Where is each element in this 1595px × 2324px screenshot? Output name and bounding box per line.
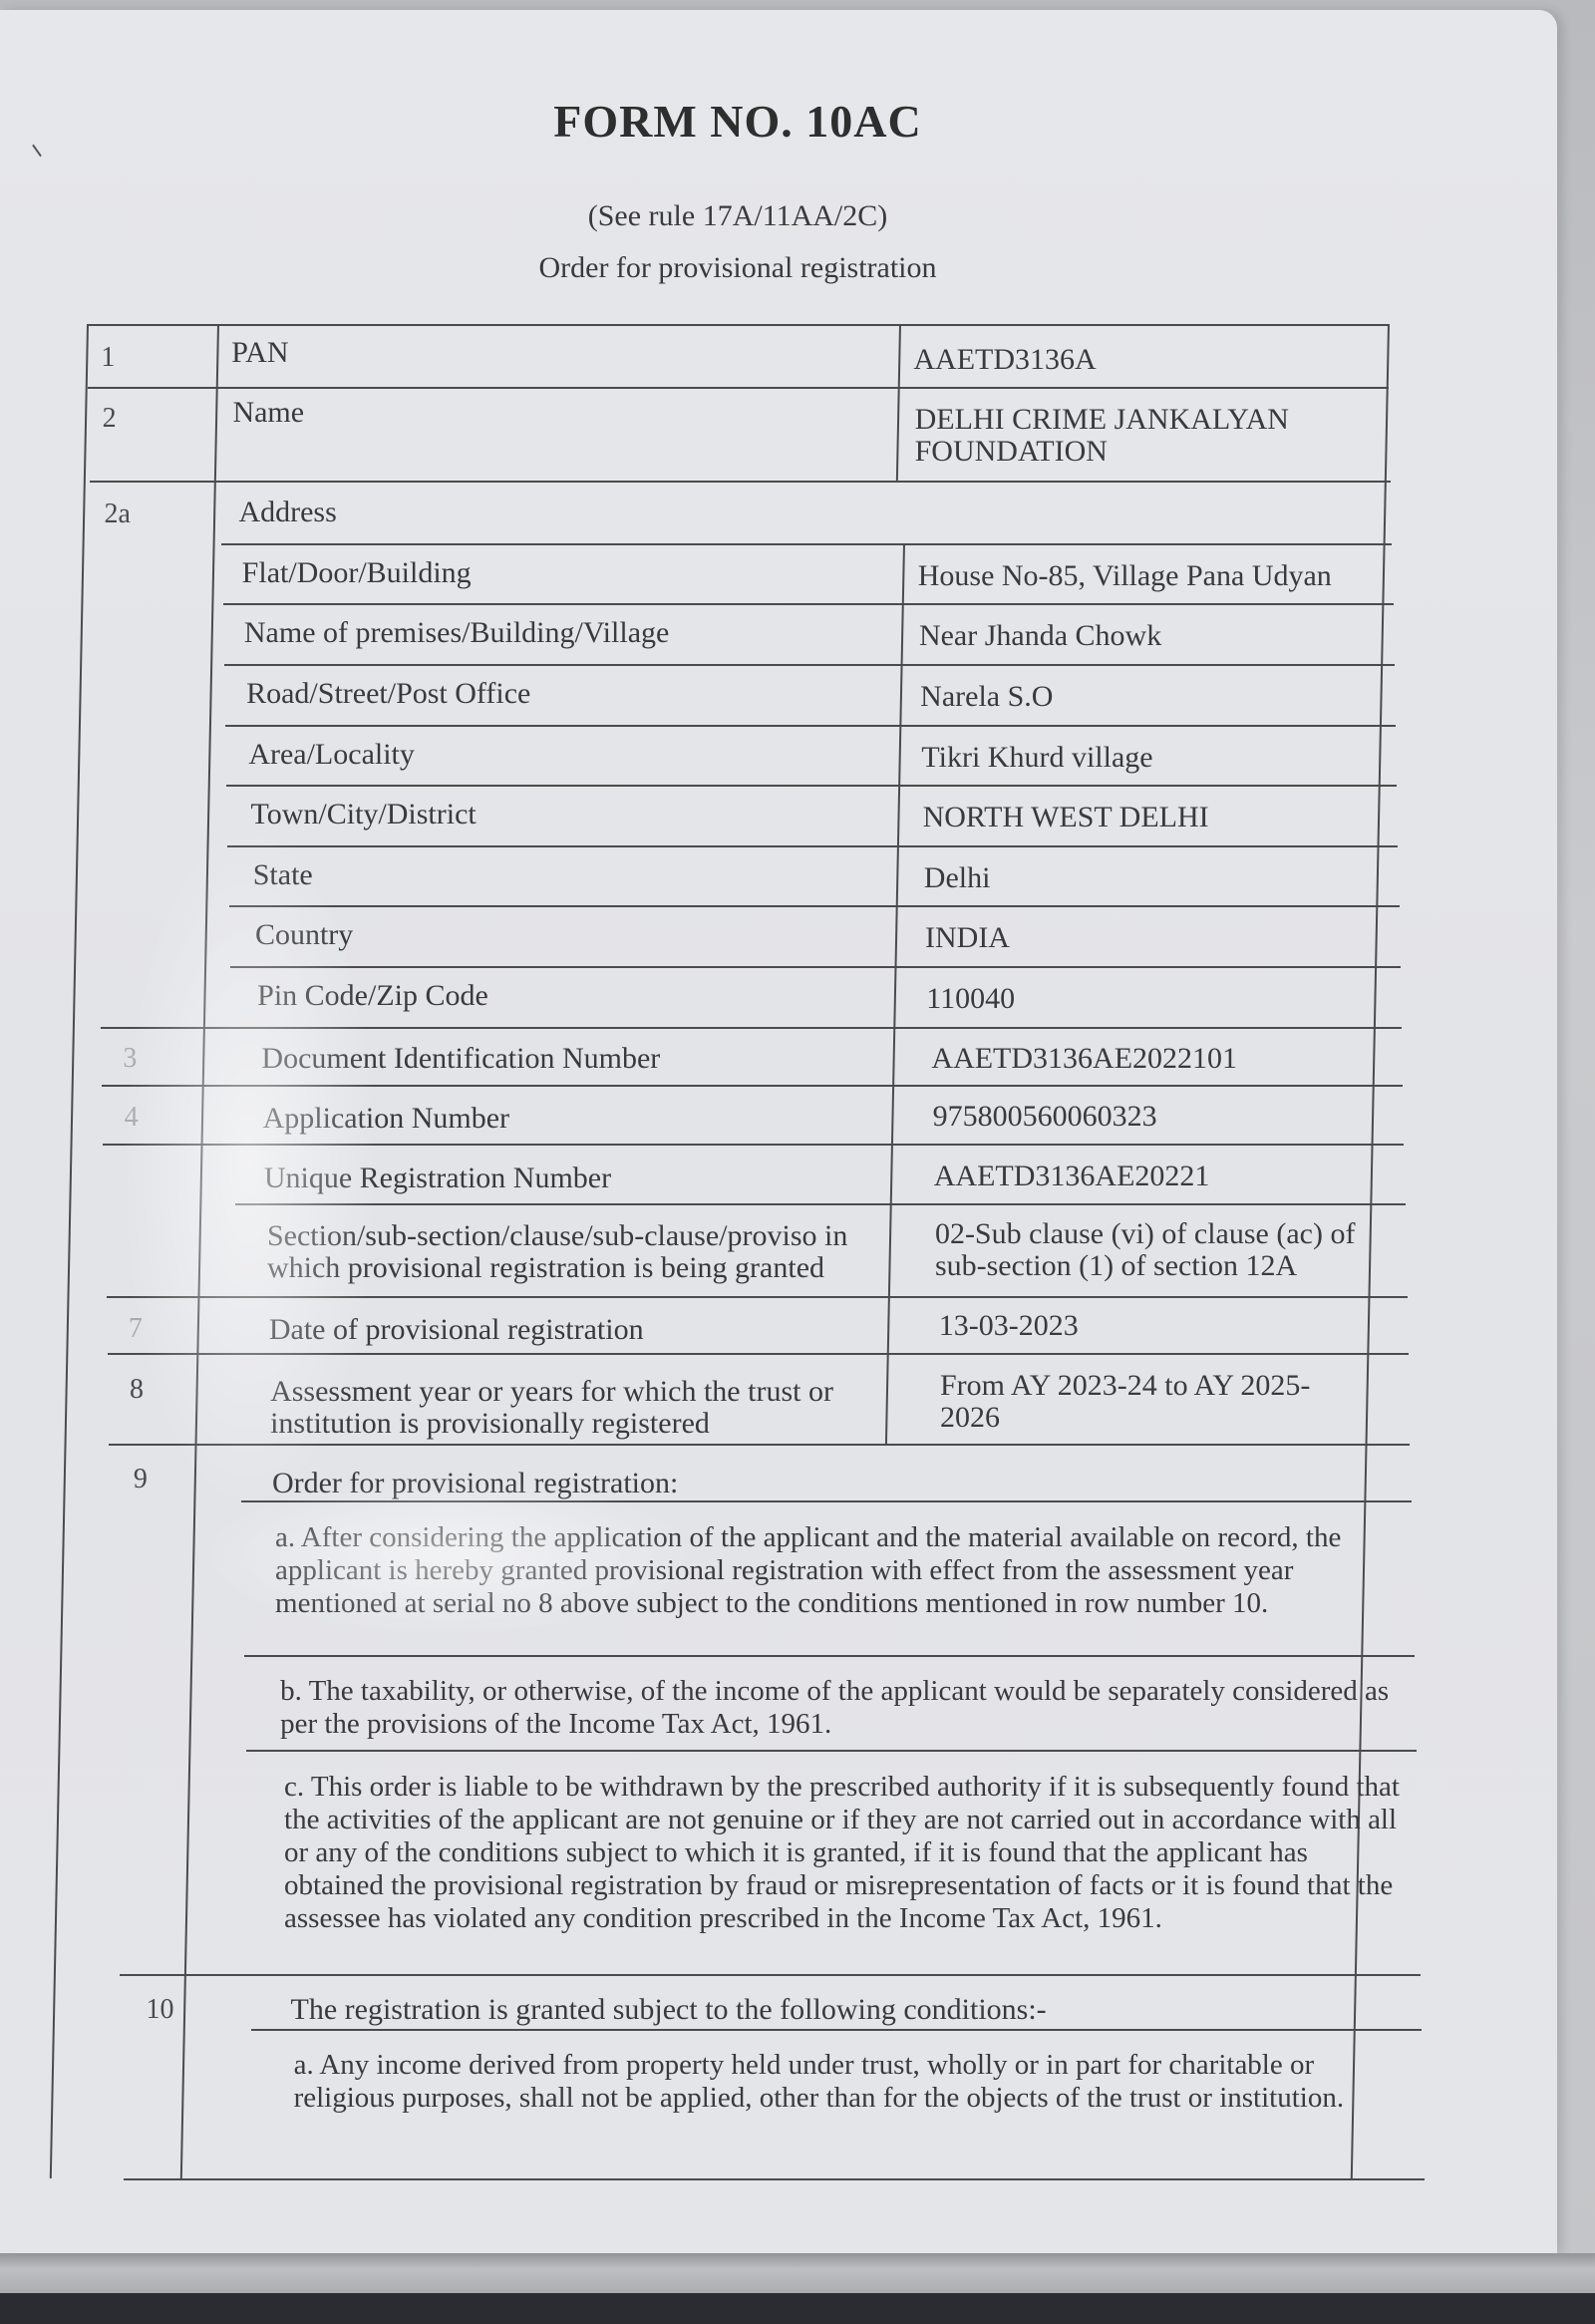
row-number: 10	[147, 1994, 174, 2026]
application-number-label: Application Number	[263, 1103, 925, 1135]
table-row-rule	[246, 1750, 1417, 1752]
address-field-value: 110040	[926, 983, 1395, 1015]
order-clause-a: a. After considering the application of …	[275, 1521, 1402, 1620]
table-row-rule	[103, 1144, 1404, 1146]
unique-registration-number-value: AAETD3136AE20221	[934, 1161, 1403, 1192]
table-row-rule	[120, 1974, 1421, 1976]
application-number-value: 975800560060323	[933, 1101, 1402, 1133]
table-row-rule	[124, 2178, 1425, 2180]
name-label: Name	[232, 397, 894, 429]
table-row-rule	[229, 905, 1400, 907]
name-value: DELHI CRIME JANKALYAN FOUNDATION	[915, 404, 1384, 468]
table-row-rule	[244, 1655, 1415, 1657]
pan-label: PAN	[231, 337, 893, 369]
address-field-label: State	[253, 859, 915, 891]
table-row-rule	[226, 785, 1397, 787]
form-subtitle: Order for provisional registration	[0, 251, 1475, 285]
form-title: FORM NO. 10AC	[0, 95, 1475, 148]
address-label: Address	[238, 497, 836, 528]
table-row-rule	[223, 603, 1394, 605]
table-row-rule	[108, 1353, 1409, 1355]
form-rule-reference: (See rule 17A/11AA/2C)	[0, 199, 1475, 233]
address-field-label: Area/Locality	[248, 739, 910, 771]
table-row-rule	[224, 664, 1395, 666]
table-row-rule	[225, 725, 1396, 727]
unique-registration-number-label: Unique Registration Number	[264, 1162, 926, 1194]
address-field-value: Tikri Khurd village	[921, 742, 1390, 774]
table-row-rule	[235, 1203, 1406, 1205]
address-field-label: Flat/Door/Building	[242, 557, 904, 589]
row-number: 2a	[105, 498, 131, 530]
date-of-registration-value: 13-03-2023	[939, 1310, 1408, 1342]
address-field-value: House No-85, Village Pana Udyan	[918, 560, 1387, 592]
address-field-value: Narela S.O	[920, 681, 1389, 713]
address-field-label: Name of premises/Building/Village	[244, 617, 906, 649]
table-row-rule	[221, 543, 1392, 545]
table-row-rule	[90, 481, 1391, 483]
table-row-rule	[102, 1085, 1403, 1087]
pan-value: AAETD3136A	[913, 344, 1382, 376]
address-field-label: Pin Code/Zip Code	[257, 980, 919, 1012]
row-number: 1	[101, 342, 115, 374]
order-heading: Order for provisional registration:	[272, 1468, 1369, 1499]
section-value: 02-Sub clause (vi) of clause (ac) of sub…	[935, 1218, 1404, 1282]
row-number: 4	[125, 1102, 139, 1134]
table-row-rule	[101, 1027, 1402, 1029]
assessment-year-value: From AY 2023-24 to AY 2025- 2026	[940, 1370, 1409, 1434]
row-number: 2	[103, 403, 117, 435]
address-field-value: Delhi	[924, 862, 1393, 894]
table-row-rule	[251, 2029, 1422, 2031]
date-of-registration-label: Date of provisional registration	[269, 1314, 931, 1346]
address-field-value: INDIA	[925, 922, 1394, 954]
document-identification-number-label: Document Identification Number	[261, 1043, 923, 1075]
address-field-value: Near Jhanda Chowk	[919, 620, 1388, 652]
row-number: 9	[134, 1464, 148, 1495]
address-field-label: Country	[255, 919, 917, 951]
address-field-label: Road/Street/Post Office	[246, 678, 908, 710]
table-row-rule	[107, 1296, 1408, 1298]
row-number: 3	[123, 1043, 137, 1075]
order-clause-c: c. This order is liable to be withdrawn …	[284, 1771, 1411, 1935]
address-field-label: Town/City/District	[251, 799, 913, 830]
table-row-rule	[230, 966, 1401, 968]
table-row-rule	[87, 324, 1388, 326]
table-row-rule	[109, 1444, 1410, 1446]
order-clause-b: b. The taxability, or otherwise, of the …	[280, 1675, 1407, 1741]
assessment-year-label: Assessment year or years for which the t…	[270, 1376, 932, 1440]
table-row-rule	[88, 387, 1389, 389]
address-field-value: NORTH WEST DELHI	[923, 802, 1392, 833]
background-surface	[0, 2293, 1595, 2324]
row-number: 7	[129, 1313, 143, 1345]
table-row-rule	[227, 845, 1398, 847]
row-number: 8	[130, 1374, 144, 1406]
document-identification-number-value: AAETD3136AE2022101	[931, 1043, 1400, 1075]
condition-a: a. Any income derived from property held…	[294, 2049, 1421, 2115]
sleeve-edge	[0, 2253, 1595, 2293]
table-row-rule	[241, 1500, 1412, 1502]
section-label: Section/sub-section/clause/sub-clause/pr…	[267, 1220, 929, 1284]
conditions-heading: The registration is granted subject to t…	[291, 1994, 1388, 2026]
